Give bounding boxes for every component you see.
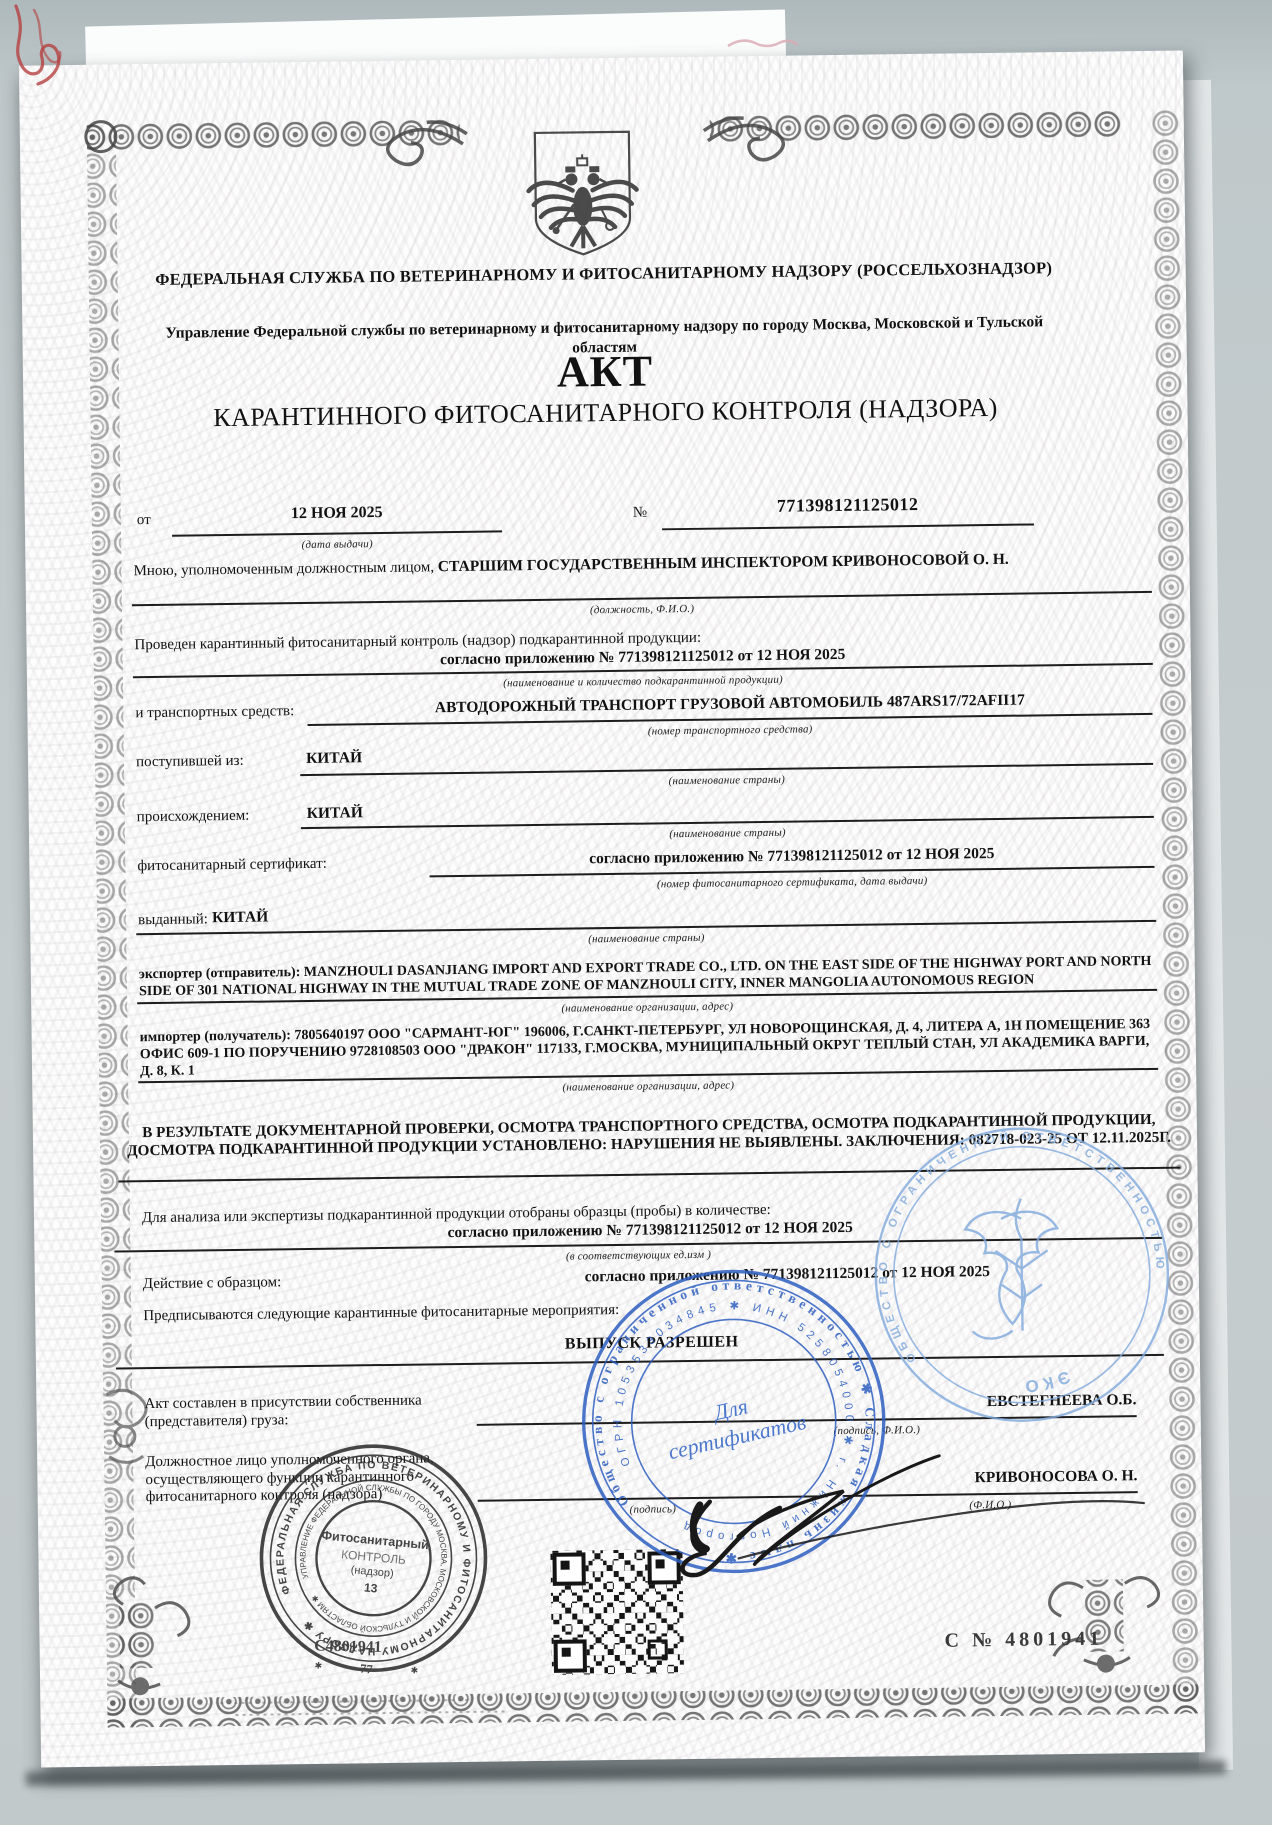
inspector-lead: Мною, уполномоченным должностным лицом,	[133, 559, 434, 579]
qr-code	[550, 1549, 684, 1675]
arrived-from-label: поступившей из:	[136, 753, 244, 771]
exporter-label: экспортер (отправитель):	[139, 965, 301, 982]
qr-finder-top-right	[647, 1551, 680, 1584]
red-scribble-2	[34, 10, 60, 62]
qr-alignment	[648, 1639, 668, 1659]
importer-label: импортер (получатель):	[140, 1028, 291, 1045]
issued-label: выданный:	[138, 911, 208, 929]
official-label: Должностное лицо уполномоченного органа,…	[145, 1450, 491, 1507]
owner-label: Акт составлен в присутствии собственника…	[144, 1392, 444, 1431]
certificate-label: фитосанитарный сертификат:	[137, 856, 327, 875]
sample-action-label: Действие с образцом:	[143, 1274, 282, 1293]
border-bottom	[107, 1684, 1201, 1727]
qr-finder-bottom-left	[554, 1639, 587, 1672]
coat-of-arms-emblem	[528, 132, 638, 255]
number-label: №	[633, 505, 648, 522]
origin-value: КИТАЙ	[307, 804, 363, 823]
owner-name: ЕВСТЕГНЕЕВА О.Б.	[856, 1391, 1136, 1413]
ornament-bottom-right	[1049, 1577, 1159, 1673]
border-top-right	[710, 109, 1122, 143]
form-serial-number: С № 4801941	[944, 1628, 1103, 1653]
arrived-from-value: КИТАЙ	[306, 749, 362, 768]
date-label: от	[137, 512, 151, 529]
origin-label: происхождением:	[137, 808, 250, 826]
issued-value: КИТАЙ	[212, 909, 268, 928]
qr-finder-top-left	[552, 1552, 585, 1585]
official-name: КРИВОНОСОВА О. Н.	[857, 1467, 1137, 1489]
document-page: ФЕДЕРАЛЬНАЯ СЛУЖБА ПО ВЕТЕРИНАРНОМУ И ФИ…	[19, 50, 1205, 1767]
transport-label: и транспортных средств:	[135, 703, 294, 722]
